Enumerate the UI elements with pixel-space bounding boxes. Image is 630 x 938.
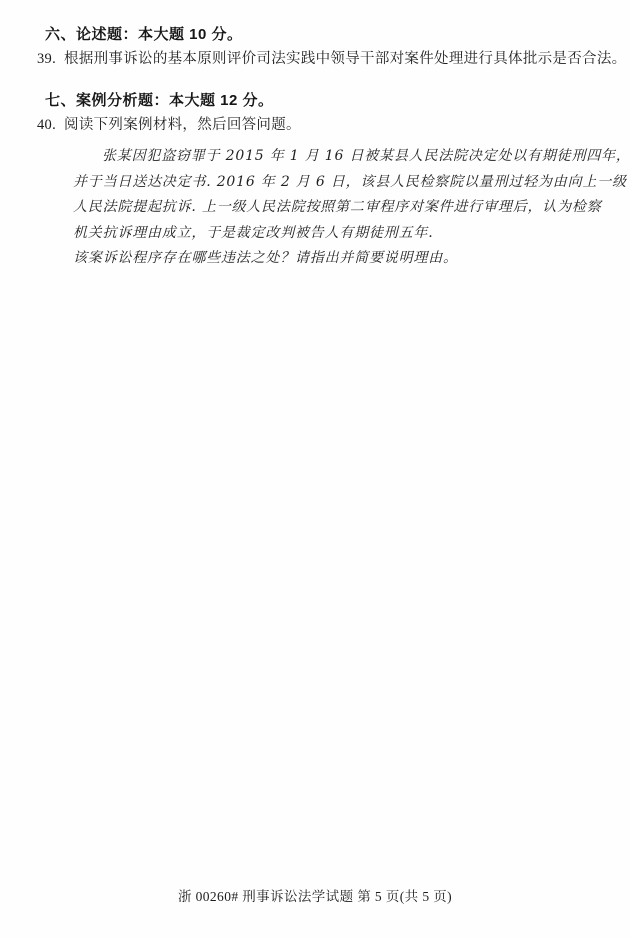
section-6-heading: 六、论述题：本大题 10 分。 [45, 25, 243, 45]
question-39-number: 39. [37, 49, 56, 69]
question-40-text: 阅读下列案例材料，然后回答问题。 [64, 115, 301, 135]
question-40: 40. 阅读下列案例材料，然后回答问题。 [37, 115, 612, 135]
question-39-text: 根据刑事诉讼的基本原则评价司法实践中领导干部对案件处理进行具体批示是否合法。 [64, 49, 626, 69]
case-line: 并于当日送达决定书. 2016 年 2 月 6 日，该县人民检察院以量刑过轻为由… [73, 170, 613, 196]
question-40-number: 40. [37, 115, 56, 135]
section-7-heading: 七、案例分析题：本大题 12 分。 [45, 91, 274, 111]
case-material-paragraph: 张某因犯盗窃罪于 2015 年 1 月 16 日被某县人民法院决定处以有期徒刑四… [73, 144, 613, 246]
case-line: 张某因犯盗窃罪于 2015 年 1 月 16 日被某县人民法院决定处以有期徒刑四… [73, 144, 613, 170]
exam-paper-page: 六、论述题：本大题 10 分。 39. 根据刑事诉讼的基本原则评价司法实践中领导… [0, 0, 630, 938]
question-39: 39. 根据刑事诉讼的基本原则评价司法实践中领导干部对案件处理进行具体批示是否合… [37, 49, 612, 69]
case-question: 该案诉讼程序存在哪些违法之处？请指出并简要说明理由。 [73, 246, 458, 272]
case-line: 机关抗诉理由成立，于是裁定改判被告人有期徒刑五年. [73, 221, 613, 247]
page-footer: 浙 00260# 刑事诉讼法学试题 第 5 页(共 5 页) [0, 888, 630, 906]
case-line: 人民法院提起抗诉. 上一级人民法院按照第二审程序对案件进行审理后，认为检察 [73, 195, 613, 221]
